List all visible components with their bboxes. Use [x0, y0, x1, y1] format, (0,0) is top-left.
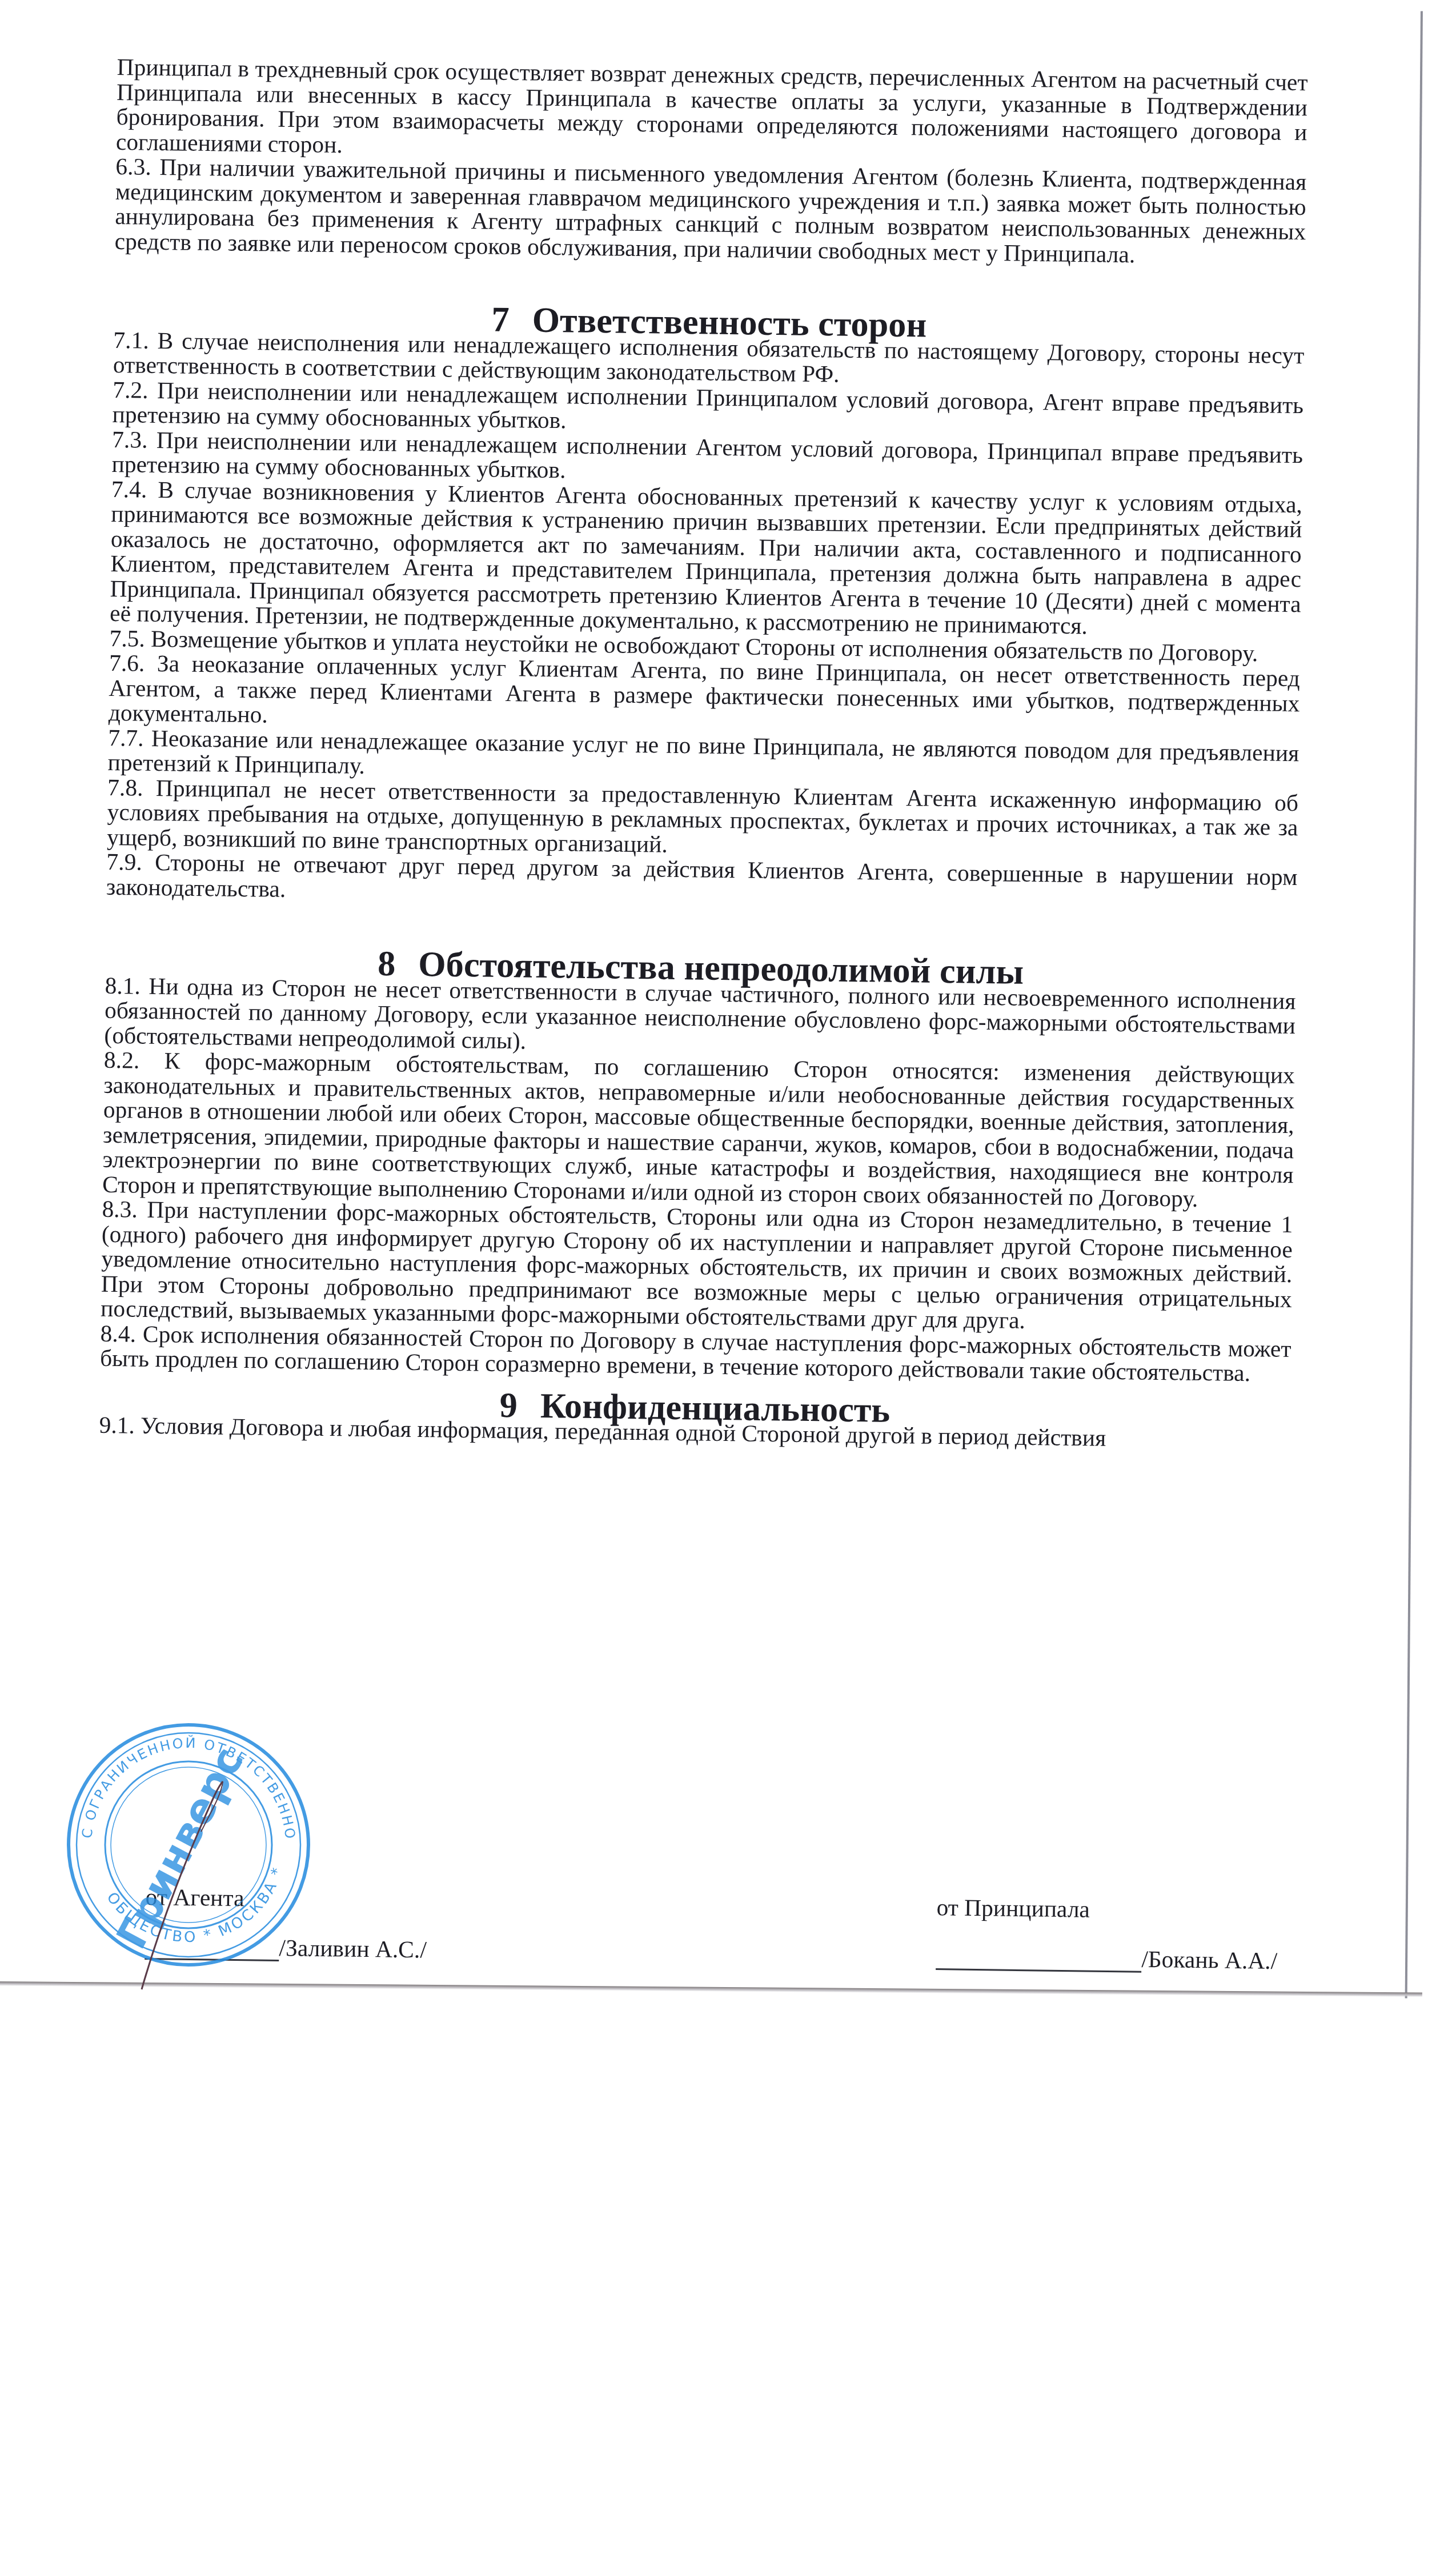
- agent-signature-block: от Агента /Заливин А.С./: [145, 1883, 427, 1963]
- principal-signature-block: от Принципала /Бокань А.А./: [936, 1893, 1278, 1975]
- agent-signature-row: /Заливин А.С./: [145, 1932, 427, 1963]
- section-number: 7: [491, 308, 510, 333]
- signature-area: от Агента /Заливин А.С./ от Принципала /…: [145, 1883, 1345, 1979]
- paragraph-6-3: 6.3. При наличии уважительной причины и …: [114, 154, 1306, 269]
- document-body: Принципал в трехдневный срок осуществляе…: [99, 55, 1308, 1453]
- agent-signature-line: [145, 1936, 279, 1961]
- section-number: 9: [500, 1393, 518, 1418]
- paragraph-7-4: 7.4. В случае возникновения у Клиентов А…: [110, 476, 1302, 641]
- principal-signature-row: /Бокань А.А./: [936, 1943, 1277, 1975]
- principal-name: /Бокань А.А./: [1141, 1946, 1277, 1974]
- section-number: 8: [378, 952, 396, 977]
- agent-name: /Заливин А.С./: [279, 1935, 427, 1963]
- principal-label: от Принципала: [936, 1893, 1278, 1925]
- paragraph-8-3: 8.3. При наступлении форс-мажорных обсто…: [101, 1197, 1293, 1337]
- paragraph-8-2: 8.2. К форс-мажорным обстоятельствам, по…: [102, 1048, 1295, 1212]
- paragraph-6-2-continuation: Принципал в трехдневный срок осуществляе…: [116, 55, 1308, 170]
- principal-signature-line: [936, 1947, 1142, 1973]
- agent-label: от Агента: [145, 1883, 427, 1914]
